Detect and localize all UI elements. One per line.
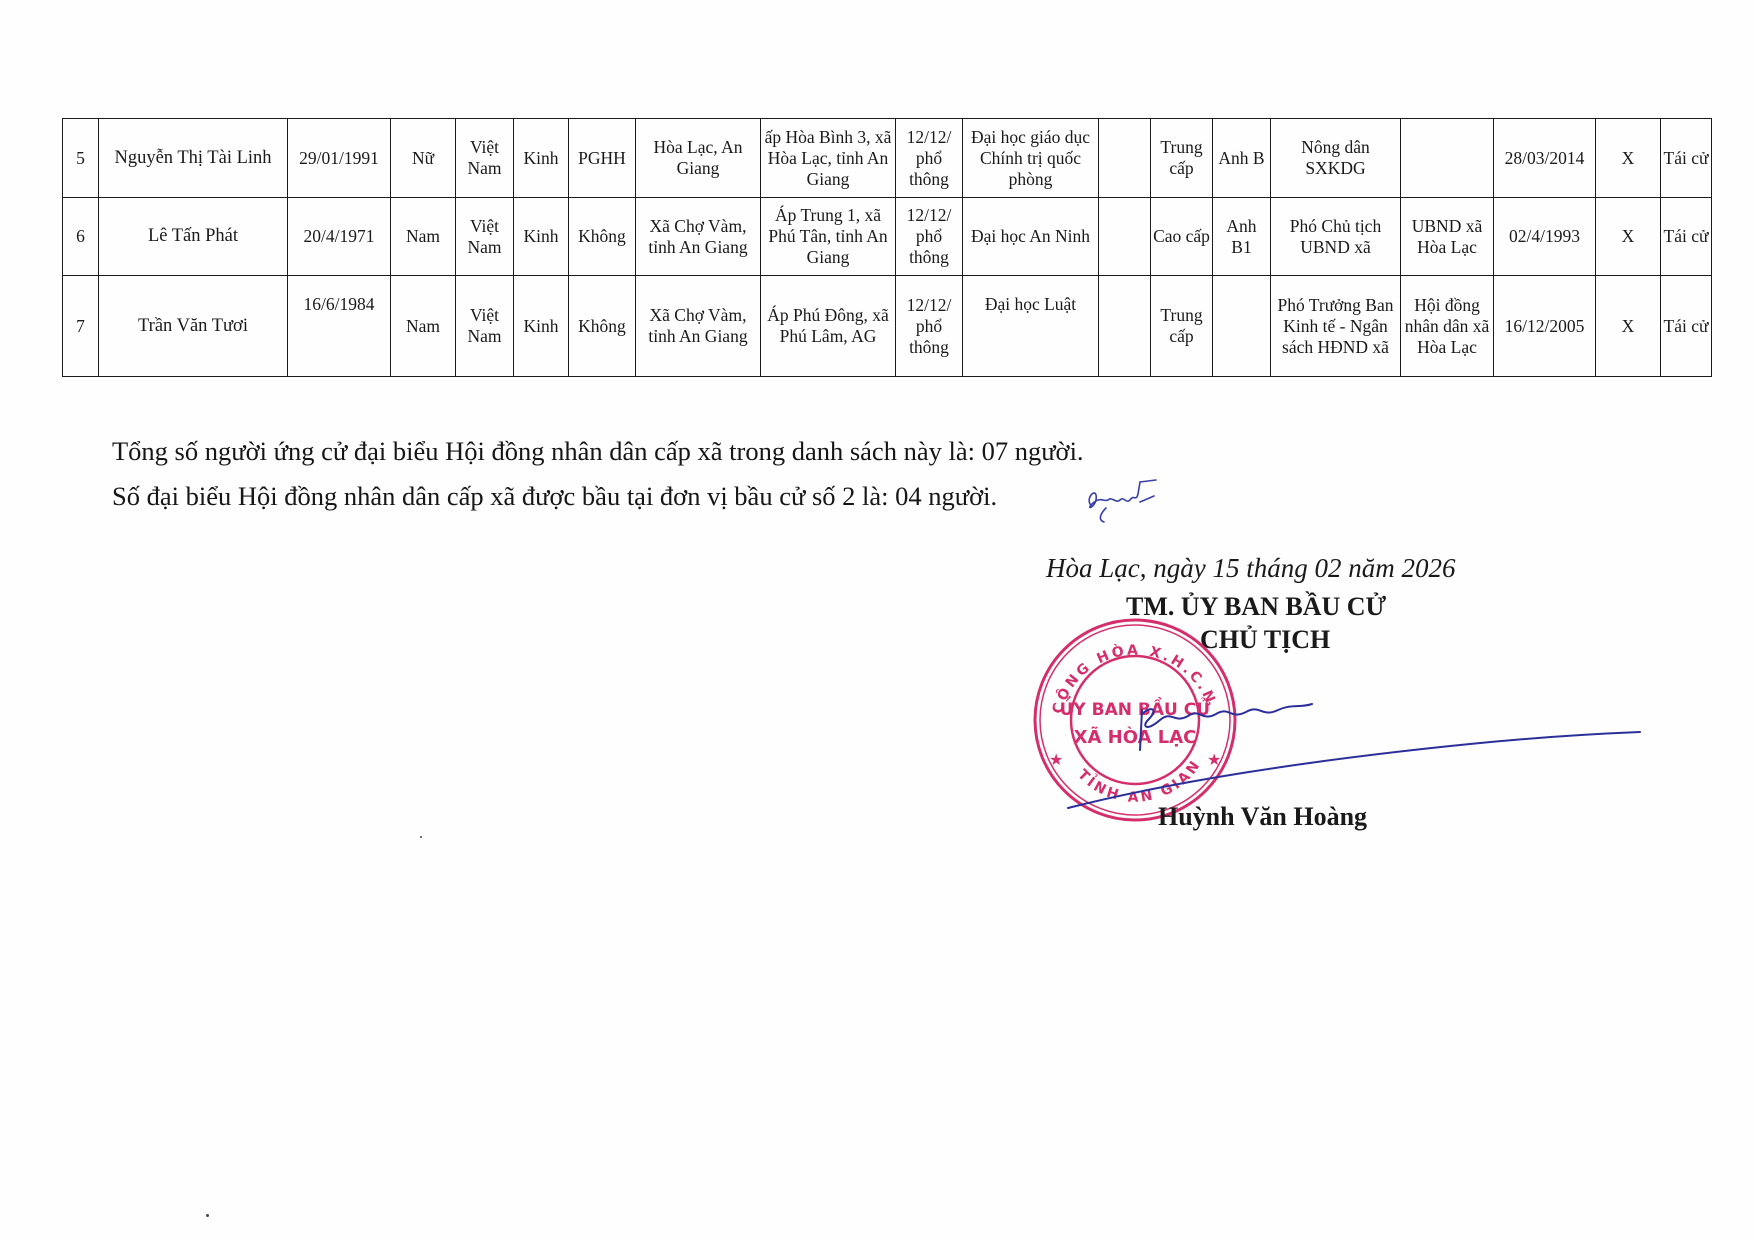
cell-nationality: Việt Nam — [456, 119, 514, 198]
cell-dob: 29/01/1991 — [288, 119, 391, 198]
cell-professional: Đại học giáo dục Chính trị quốc phòng — [963, 119, 1099, 198]
cell-stt: 5 — [63, 119, 99, 198]
cell-residence: Áp Phú Đông, xã Phú Lâm, AG — [761, 276, 896, 377]
cell-workplace — [1401, 119, 1494, 198]
cell-ethnicity: Kinh — [514, 198, 569, 276]
cell-workplace: Hội đồng nhân dân xã Hòa Lạc — [1401, 276, 1494, 377]
cell-hdnd-member: X — [1596, 119, 1661, 198]
cell-nationality: Việt Nam — [456, 276, 514, 377]
cell-hdnd-member: X — [1596, 198, 1661, 276]
cell-occupation: Nông dân SXKDG — [1271, 119, 1401, 198]
cell-language: Anh B1 — [1213, 198, 1271, 276]
candidate-table: 5Nguyễn Thị Tài Linh29/01/1991NữViệt Nam… — [62, 118, 1712, 377]
cell-gender: Nam — [391, 276, 456, 377]
total-candidates-text: Tổng số người ứng cử đại biểu Hội đồng n… — [112, 436, 1084, 467]
cell-stt: 7 — [63, 276, 99, 377]
cell-political: Trung cấp — [1151, 119, 1213, 198]
cell-religion: Không — [569, 198, 636, 276]
cell-re-election: Tái cử — [1661, 198, 1712, 276]
cell-hdnd-member: X — [1596, 276, 1661, 377]
handwritten-initials-icon — [1082, 474, 1162, 524]
cell-name: Nguyễn Thị Tài Linh — [99, 119, 288, 198]
table-row: 7Trần Văn Tươi16/6/1984NamViệt NamKinhKh… — [63, 276, 1712, 377]
cell-ethnicity: Kinh — [514, 119, 569, 198]
table-row: 5Nguyễn Thị Tài Linh29/01/1991NữViệt Nam… — [63, 119, 1712, 198]
cell-name: Lê Tấn Phát — [99, 198, 288, 276]
signer-name: Huỳnh Văn Hoàng — [1158, 802, 1367, 832]
cell-academic — [1099, 198, 1151, 276]
cell-academic — [1099, 276, 1151, 377]
scan-speck — [206, 1214, 209, 1217]
cell-language: Anh B — [1213, 119, 1271, 198]
cell-occupation: Phó Chủ tịch UBND xã — [1271, 198, 1401, 276]
cell-political: Trung cấp — [1151, 276, 1213, 377]
cell-language — [1213, 276, 1271, 377]
cell-gender: Nữ — [391, 119, 456, 198]
cell-general-education: 12/12/ phổ thông — [896, 198, 963, 276]
cell-party-date: 28/03/2014 — [1494, 119, 1596, 198]
cell-ethnicity: Kinh — [514, 276, 569, 377]
cell-nationality: Việt Nam — [456, 198, 514, 276]
cell-workplace: UBND xã Hòa Lạc — [1401, 198, 1494, 276]
cell-political: Cao cấp — [1151, 198, 1213, 276]
cell-general-education: 12/12/ phổ thông — [896, 119, 963, 198]
cell-dob: 20/4/1971 — [288, 198, 391, 276]
cell-dob: 16/6/1984 — [288, 276, 391, 377]
cell-professional: Đại học Luật — [963, 276, 1099, 377]
cell-residence: Áp Trung 1, xã Phú Tân, tỉnh An Giang — [761, 198, 896, 276]
cell-general-education: 12/12/ phổ thông — [896, 276, 963, 377]
cell-academic — [1099, 119, 1151, 198]
cell-hometown: Xã Chợ Vàm, tỉnh An Giang — [636, 198, 761, 276]
cell-re-election: Tái cử — [1661, 276, 1712, 377]
cell-party-date: 02/4/1993 — [1494, 198, 1596, 276]
cell-religion: PGHH — [569, 119, 636, 198]
cell-hometown: Xã Chợ Vàm, tỉnh An Giang — [636, 276, 761, 377]
cell-gender: Nam — [391, 198, 456, 276]
cell-religion: Không — [569, 276, 636, 377]
elected-count-text: Số đại biểu Hội đồng nhân dân cấp xã đượ… — [112, 481, 997, 512]
cell-stt: 6 — [63, 198, 99, 276]
place-and-date: Hòa Lạc, ngày 15 tháng 02 năm 2026 — [1046, 553, 1455, 584]
document-page: 5Nguyễn Thị Tài Linh29/01/1991NữViệt Nam… — [0, 0, 1754, 1240]
cell-party-date: 16/12/2005 — [1494, 276, 1596, 377]
cell-residence: ấp Hòa Bình 3, xã Hòa Lạc, tỉnh An Giang — [761, 119, 896, 198]
cell-occupation: Phó Trưởng Ban Kinh tế - Ngân sách HĐND … — [1271, 276, 1401, 377]
cell-name: Trần Văn Tươi — [99, 276, 288, 377]
cell-professional: Đại học An Ninh — [963, 198, 1099, 276]
table-row: 6Lê Tấn Phát20/4/1971NamViệt NamKinhKhôn… — [63, 198, 1712, 276]
cell-re-election: Tái cử — [1661, 119, 1712, 198]
cell-hometown: Hòa Lạc, An Giang — [636, 119, 761, 198]
scan-speck — [420, 836, 422, 838]
